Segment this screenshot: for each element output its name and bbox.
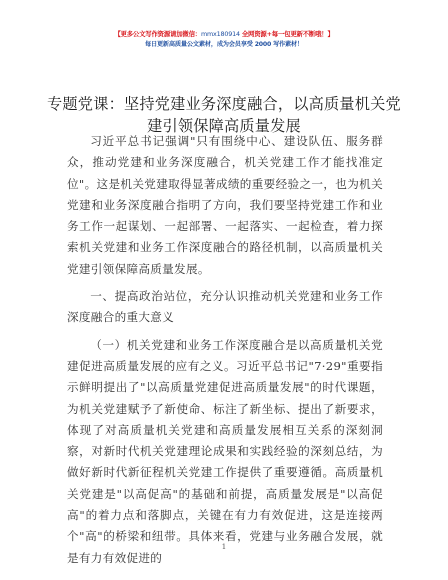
promo-suffix: 全网资源+每一包更新不断哦！】 bbox=[240, 30, 334, 38]
promo-wechat-id: mmx180914 bbox=[201, 30, 240, 38]
page-number: 1 bbox=[0, 543, 448, 551]
section-heading-1: 一、提高政治站位，充分认识推动机关党建和业务工作深度融合的重大意义 bbox=[67, 286, 383, 329]
promo-banner-line-1: 【更多公文写作资源请加微信：mmx180914 全网资源+每一包更新不断哦！】 bbox=[0, 30, 448, 38]
document-body: 习近平总书记强调"只有围绕中心、建设队伍、服务群众，推动党建和业务深度融合，机关… bbox=[67, 131, 383, 569]
promo-banner-line-2: 每日更新高质量公文素材，成为会员享受 2000 写作素材！ bbox=[0, 41, 448, 49]
document-page: 【更多公文写作资源请加微信：mmx180914 全网资源+每一包更新不断哦！】 … bbox=[0, 0, 448, 580]
subsection-paragraph-1: （一）机关党建和业务工作深度融合是以高质量机关党建促进高质量发展的应有之义。习近… bbox=[67, 335, 383, 569]
promo-prefix: 【更多公文写作资源请加微信： bbox=[114, 30, 201, 38]
intro-paragraph: 习近平总书记强调"只有围绕中心、建设队伍、服务群众，推动党建和业务深度融合，机关… bbox=[67, 131, 383, 280]
